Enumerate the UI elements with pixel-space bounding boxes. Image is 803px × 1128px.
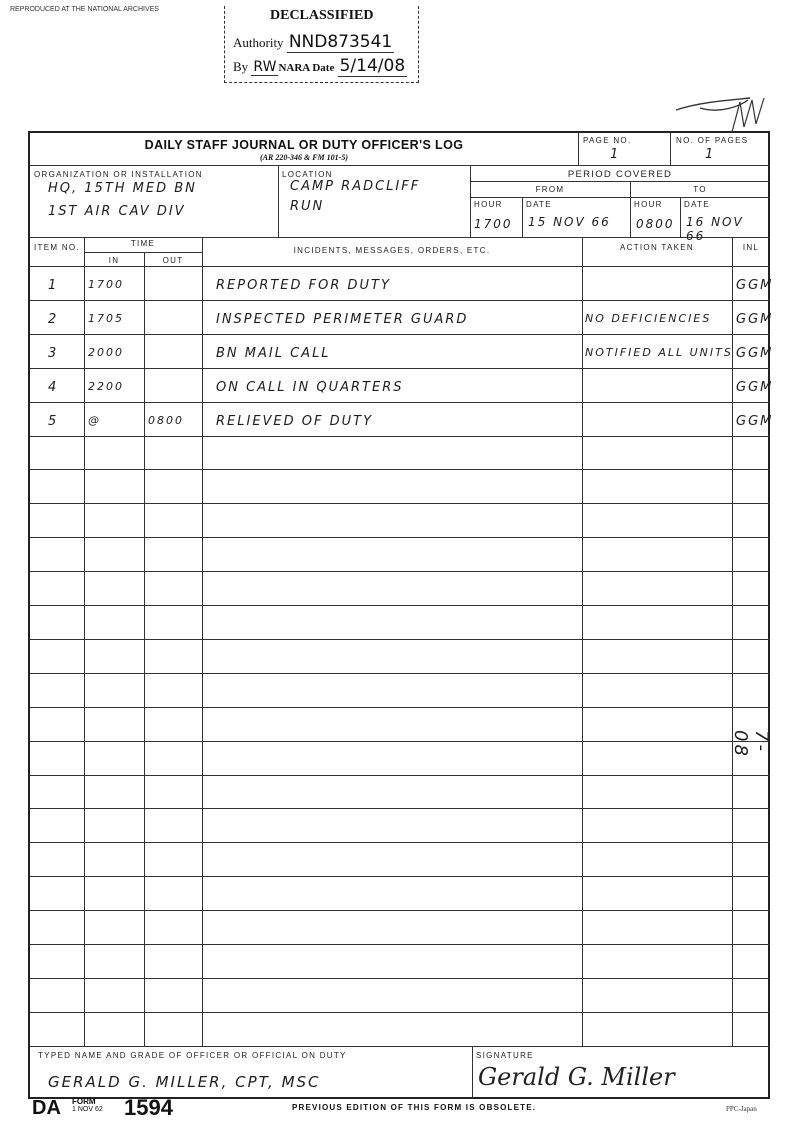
to-hour-value[interactable]: 0800 — [636, 217, 675, 231]
location-line-1[interactable]: CAMP RADCLIFF — [290, 179, 420, 194]
table-row[interactable] — [30, 1012, 770, 1046]
to-hour-label: HOUR — [634, 200, 663, 209]
from-date-value[interactable]: 15 NOV 66 — [528, 215, 611, 229]
form-title: DAILY STAFF JOURNAL OR DUTY OFFICER'S LO… — [30, 138, 578, 152]
form-da-mark: DA — [32, 1097, 61, 1120]
nara-date-label: NARA Date — [278, 62, 334, 74]
printer-mark: PPC-Japan — [726, 1105, 757, 1113]
table-row[interactable] — [30, 944, 770, 978]
location-line-2[interactable]: RUN — [290, 199, 324, 214]
time-in-cell[interactable]: 2000 — [88, 346, 124, 359]
table-row[interactable] — [30, 436, 770, 470]
item-no-cell[interactable]: 4 — [48, 380, 58, 395]
organization-label: ORGANIZATION OR INSTALLATION — [34, 170, 203, 179]
item-no-header: ITEM NO. — [30, 243, 84, 252]
initials-cell[interactable]: GGM — [736, 346, 773, 361]
incident-cell[interactable]: ON CALL IN QUARTERS — [216, 380, 403, 395]
incident-cell[interactable]: REPORTED FOR DUTY — [216, 278, 391, 293]
table-row[interactable] — [30, 537, 770, 571]
to-date-label: DATE — [684, 200, 710, 209]
from-label: FROM — [470, 185, 630, 194]
time-out-cell[interactable]: 0800 — [148, 414, 184, 427]
authority-line: Authority NND873541 — [233, 32, 394, 52]
table-row[interactable] — [30, 876, 770, 910]
initials-cell[interactable]: GGM — [736, 380, 773, 395]
table-row[interactable] — [30, 808, 770, 842]
authority-value: NND873541 — [287, 32, 394, 53]
by-label: By — [233, 59, 248, 74]
initials-cell[interactable]: GGM — [736, 312, 773, 327]
time-out-header: OUT — [144, 256, 202, 265]
time-in-header: IN — [84, 256, 144, 265]
location-label: LOCATION — [282, 170, 333, 179]
from-date-label: DATE — [526, 200, 552, 209]
from-hour-value[interactable]: 1700 — [474, 217, 513, 231]
table-row[interactable] — [30, 571, 770, 605]
table-row[interactable] — [30, 639, 770, 673]
to-label: TO — [630, 185, 770, 194]
no-of-pages-label: NO. OF PAGES — [676, 136, 748, 145]
by-initials: RW — [251, 59, 278, 76]
by-line: By RWNARA Date 5/14/08 — [233, 56, 407, 76]
time-in-cell[interactable]: 1700 — [88, 278, 124, 291]
action-taken-header: ACTION TAKEN — [582, 243, 732, 252]
incident-cell[interactable]: BN MAIL CALL — [216, 346, 331, 361]
table-row[interactable] — [30, 707, 770, 741]
declassified-title: DECLASSIFIED — [270, 8, 373, 24]
table-row[interactable] — [30, 503, 770, 537]
item-no-cell[interactable]: 1 — [48, 278, 58, 293]
form-word: FORM — [72, 1098, 103, 1106]
typed-name-label: TYPED NAME AND GRADE OF OFFICER OR OFFIC… — [38, 1051, 347, 1060]
form-subtitle: (AR 220-346 & FM 101-5) — [30, 153, 578, 162]
previous-edition-note: PREVIOUS EDITION OF THIS FORM IS OBSOLET… — [292, 1103, 536, 1112]
declass-date: 5/14/08 — [338, 56, 408, 77]
form-edition: FORM 1 NOV 62 — [72, 1098, 103, 1114]
form-edition-date: 1 NOV 62 — [72, 1106, 103, 1114]
item-no-cell[interactable]: 2 — [48, 312, 58, 327]
table-row[interactable] — [30, 673, 770, 707]
table-row[interactable] — [30, 910, 770, 944]
initials-cell[interactable]: GGM — [736, 278, 773, 293]
time-in-cell[interactable]: @ — [88, 414, 101, 427]
item-no-cell[interactable]: 5 — [48, 414, 58, 429]
from-hour-label: HOUR — [474, 200, 503, 209]
table-row[interactable]: 42200ON CALL IN QUARTERSGGM — [30, 368, 770, 402]
table-row[interactable] — [30, 775, 770, 809]
incidents-header: INCIDENTS, MESSAGES, ORDERS, ETC. — [202, 246, 582, 255]
page-no-label: PAGE NO. — [583, 136, 631, 145]
action-taken-cell[interactable]: NOTIFIED ALL UNITS — [585, 346, 733, 359]
table-row[interactable] — [30, 842, 770, 876]
archive-note: REPRODUCED AT THE NATIONAL ARCHIVES — [10, 6, 159, 13]
margin-annotation: 7-08 — [730, 730, 772, 761]
time-header: TIME — [84, 239, 202, 248]
duty-officer-log-form: DAILY STAFF JOURNAL OR DUTY OFFICER'S LO… — [28, 131, 770, 1099]
table-row[interactable]: 11700REPORTED FOR DUTYGGM — [30, 266, 770, 300]
time-in-cell[interactable]: 1705 — [88, 312, 124, 325]
declassification-stamp: DECLASSIFIED Authority NND873541 By RWNA… — [224, 6, 419, 83]
table-row[interactable] — [30, 741, 770, 775]
incident-cell[interactable]: RELIEVED OF DUTY — [216, 414, 373, 429]
time-in-cell[interactable]: 2200 — [88, 380, 124, 393]
organization-line-1[interactable]: HQ, 15TH MED BN — [48, 181, 197, 196]
table-row[interactable] — [30, 978, 770, 1012]
table-row[interactable] — [30, 605, 770, 639]
initials-cell[interactable]: GGM — [736, 414, 773, 429]
signature-value[interactable]: Gerald G. Miller — [478, 1063, 675, 1091]
incident-cell[interactable]: INSPECTED PERIMETER GUARD — [216, 312, 468, 327]
table-row[interactable]: 32000BN MAIL CALLNOTIFIED ALL UNITSGGM — [30, 334, 770, 368]
no-of-pages-value[interactable]: 1 — [705, 147, 715, 162]
item-no-cell[interactable]: 3 — [48, 346, 58, 361]
table-row[interactable]: 5@0800RELIEVED OF DUTYGGM — [30, 402, 770, 436]
signature-label: SIGNATURE — [476, 1051, 534, 1060]
table-row[interactable] — [30, 469, 770, 503]
to-date-value[interactable]: 16 NOV 66 — [686, 215, 768, 243]
table-row[interactable]: 21705INSPECTED PERIMETER GUARDNO DEFICIE… — [30, 300, 770, 334]
period-covered-label: PERIOD COVERED — [470, 169, 770, 180]
inl-header: INL — [732, 243, 770, 252]
authority-label: Authority — [233, 35, 284, 50]
page-no-value[interactable]: 1 — [610, 147, 620, 162]
typed-name-value[interactable]: GERALD G. MILLER, CPT, MSC — [48, 1073, 321, 1091]
organization-line-2[interactable]: 1ST AIR CAV DIV — [48, 204, 186, 219]
action-taken-cell[interactable]: NO DEFICIENCIES — [585, 312, 711, 325]
form-number: 1594 — [124, 1095, 173, 1121]
